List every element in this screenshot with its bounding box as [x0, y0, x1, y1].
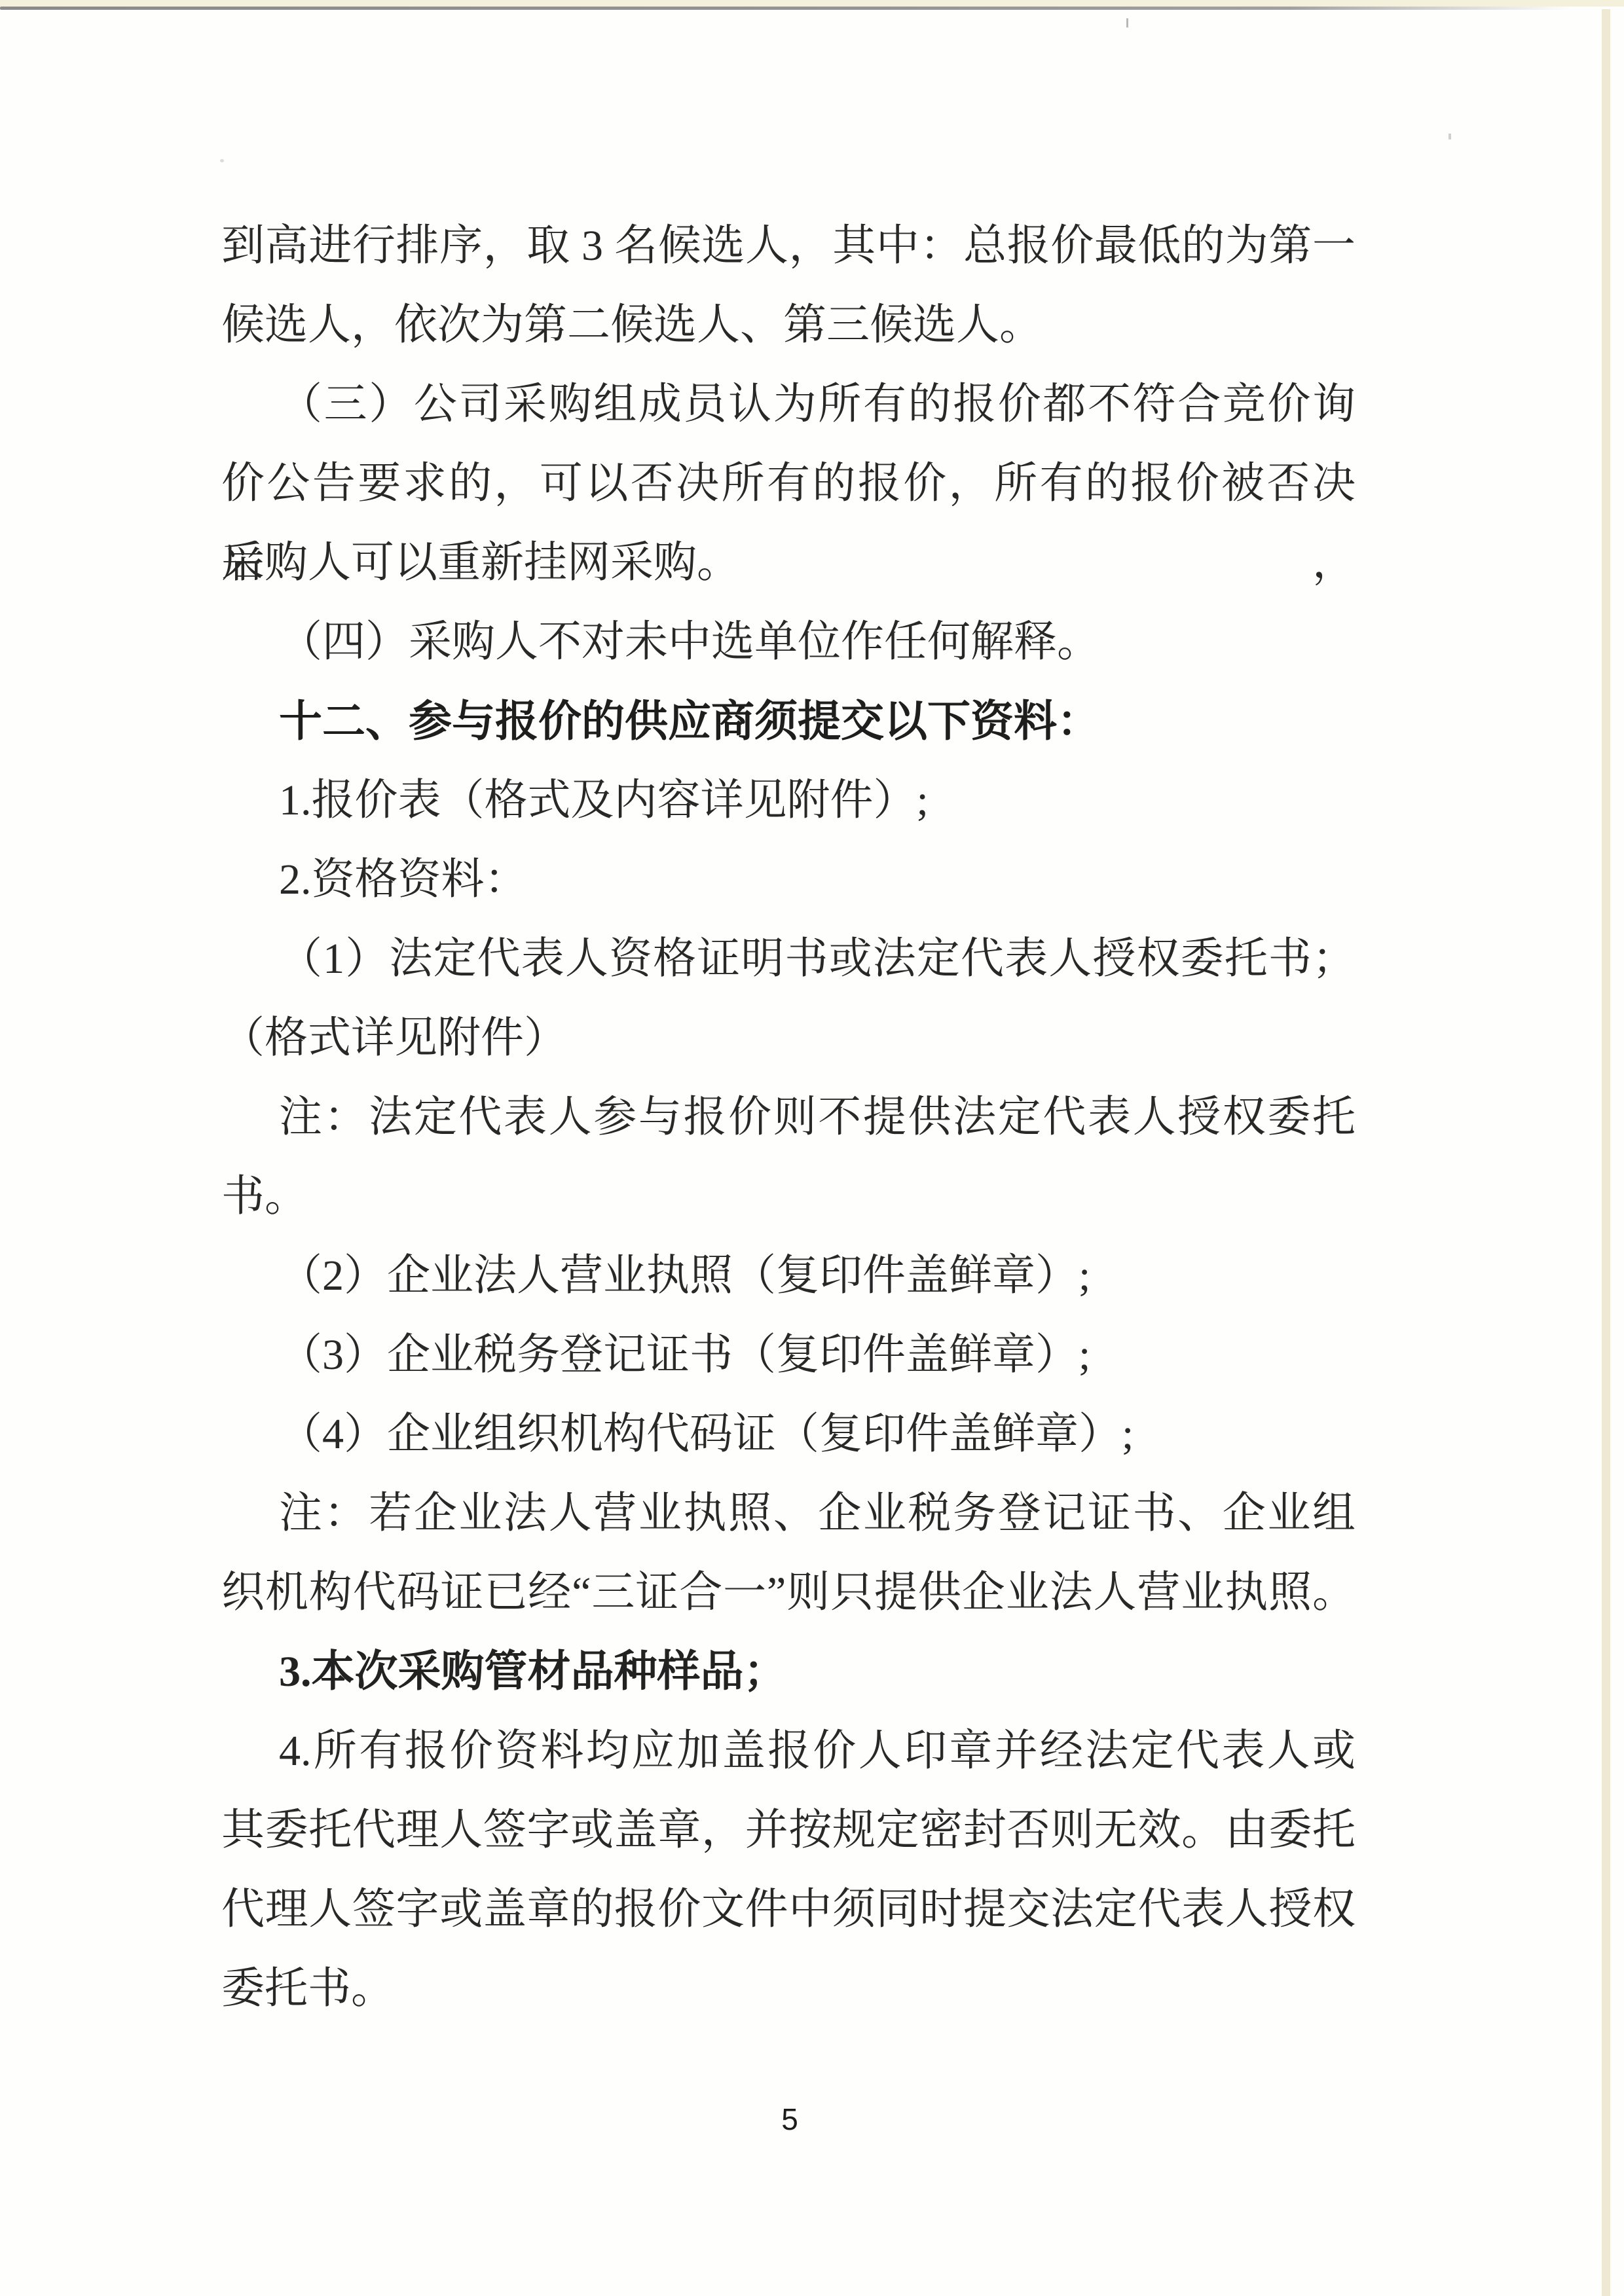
- text-line: 代理人签字或盖章的报价文件中须同时提交法定代表人授权: [221, 1870, 1356, 1949]
- section-heading: 十二、参与报价的供应商须提交以下资料：: [221, 682, 1356, 761]
- text-line: 到高进行排序，取 3 名候选人，其中：总报价最低的为第一: [221, 206, 1356, 285]
- scan-speck: [220, 159, 224, 162]
- scan-speck: [1126, 18, 1128, 27]
- scan-speck: [1449, 134, 1451, 139]
- text-line: 4.所有报价资料均应加盖报价人印章并经法定代表人或: [221, 1711, 1356, 1791]
- scanner-right-edge-strip: [1602, 9, 1610, 2296]
- note-line: 注：法定代表人参与报价则不提供法定代表人授权委托: [221, 1078, 1356, 1157]
- text-line: 织机构代码证已经“三证合一”则只提供企业法人营业执照。: [221, 1553, 1356, 1632]
- text-line: （1）法定代表人资格证明书或法定代表人授权委托书；: [221, 919, 1356, 998]
- document-body: 到高进行排序，取 3 名候选人，其中：总报价最低的为第一 候选人，依次为第二候选…: [221, 206, 1356, 2028]
- page-number: 5: [762, 2098, 817, 2140]
- text-line: 其委托代理人签字或盖章，并按规定密封否则无效。由委托: [221, 1791, 1356, 1870]
- text-line: 1.报价表（格式及内容详见附件）;: [221, 761, 1356, 840]
- text-line: （四）采购人不对未中选单位作任何解释。: [221, 602, 1356, 682]
- text-line: （2）企业法人营业执照（复印件盖鲜章）;: [221, 1236, 1356, 1315]
- scanner-top-edge-shadow-line: [0, 7, 1572, 10]
- text-line: 价公告要求的，可以否决所有的报价，所有的报价被否决后，: [221, 444, 1356, 523]
- emphasized-item-line: 3.本次采购管材品种样品；: [221, 1632, 1356, 1711]
- text-line: 2.资格资料：: [221, 840, 1356, 919]
- text-line: （三）公司采购组成员认为所有的报价都不符合竞价询: [221, 365, 1356, 444]
- text-line: 候选人，依次为第二候选人、第三候选人。: [221, 285, 1356, 365]
- scanner-top-edge-band: [0, 0, 1624, 7]
- text-line: （格式详见附件）: [221, 998, 1356, 1078]
- text-line: （3）企业税务登记证书（复印件盖鲜章）;: [221, 1315, 1356, 1394]
- text-line: 委托书。: [221, 1949, 1356, 2028]
- scanned-document-page: 到高进行排序，取 3 名候选人，其中：总报价最低的为第一 候选人，依次为第二候选…: [0, 0, 1624, 2296]
- text-line: 书。: [221, 1157, 1356, 1236]
- note-line: 注：若企业法人营业执照、企业税务登记证书、企业组: [221, 1474, 1356, 1553]
- text-line: （4）企业组织机构代码证（复印件盖鲜章）;: [221, 1394, 1356, 1474]
